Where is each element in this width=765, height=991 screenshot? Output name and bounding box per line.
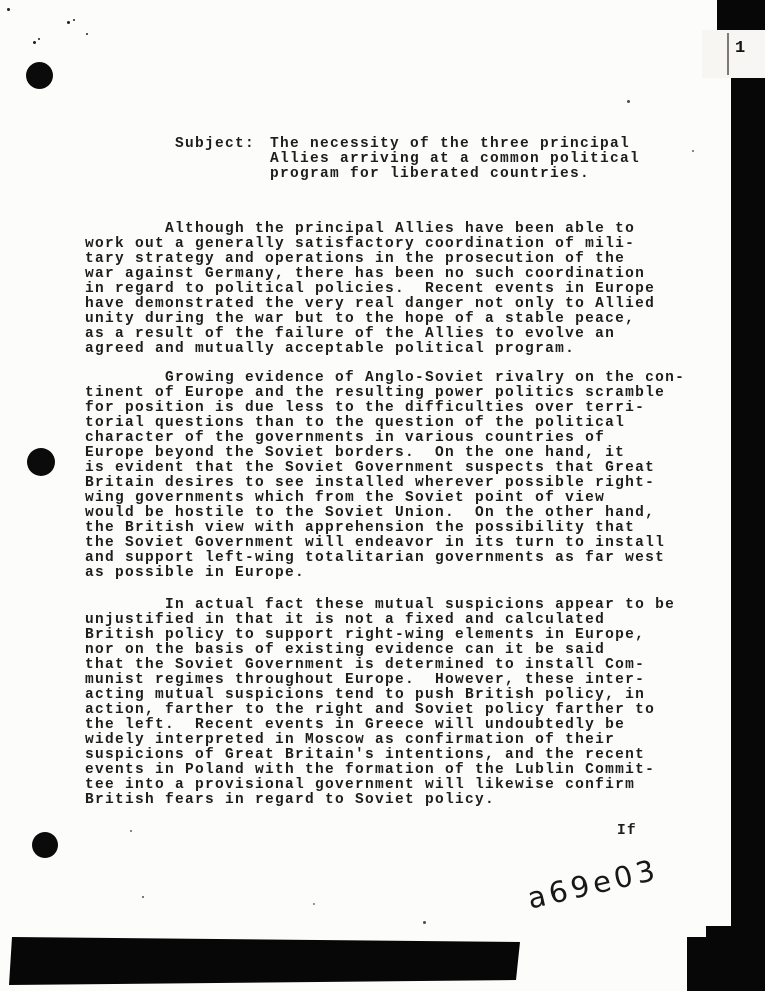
hole-punch-bottom xyxy=(32,832,58,858)
dust-speck xyxy=(142,896,144,898)
paragraph-3: In actual fact these mutual suspicions a… xyxy=(85,598,675,808)
document-page: Subject: The necessity of the three prin… xyxy=(0,0,765,991)
dust-speck xyxy=(692,150,694,152)
scan-edge-top-right xyxy=(717,0,765,31)
page-number-tab: 1 xyxy=(702,30,765,78)
handwritten-annotation: a69e03 xyxy=(524,852,662,915)
hole-punch-middle xyxy=(27,448,55,476)
tab-fold-line xyxy=(727,33,729,75)
dust-speck xyxy=(73,19,75,21)
subject-text: The necessity of the three principal All… xyxy=(270,137,640,182)
scan-edge-bottom xyxy=(9,935,521,986)
dust-speck xyxy=(627,100,630,103)
dust-speck xyxy=(38,38,40,40)
dust-speck xyxy=(130,830,132,832)
subject-label: Subject: xyxy=(175,137,255,152)
dust-speck xyxy=(313,903,315,905)
page-number: 1 xyxy=(735,39,745,58)
scan-edge-right xyxy=(731,0,765,991)
dust-speck xyxy=(67,21,70,24)
hole-punch-top xyxy=(26,62,53,89)
dust-speck xyxy=(86,33,88,35)
dust-speck xyxy=(7,8,10,11)
paragraph-1: Although the principal Allies have been … xyxy=(85,222,655,357)
dust-speck xyxy=(423,921,426,924)
scan-edge-bottom-right xyxy=(687,937,765,991)
catchword: If xyxy=(617,824,637,839)
dust-speck xyxy=(33,41,36,44)
paragraph-2: Growing evidence of Anglo-Soviet rivalry… xyxy=(85,371,685,581)
